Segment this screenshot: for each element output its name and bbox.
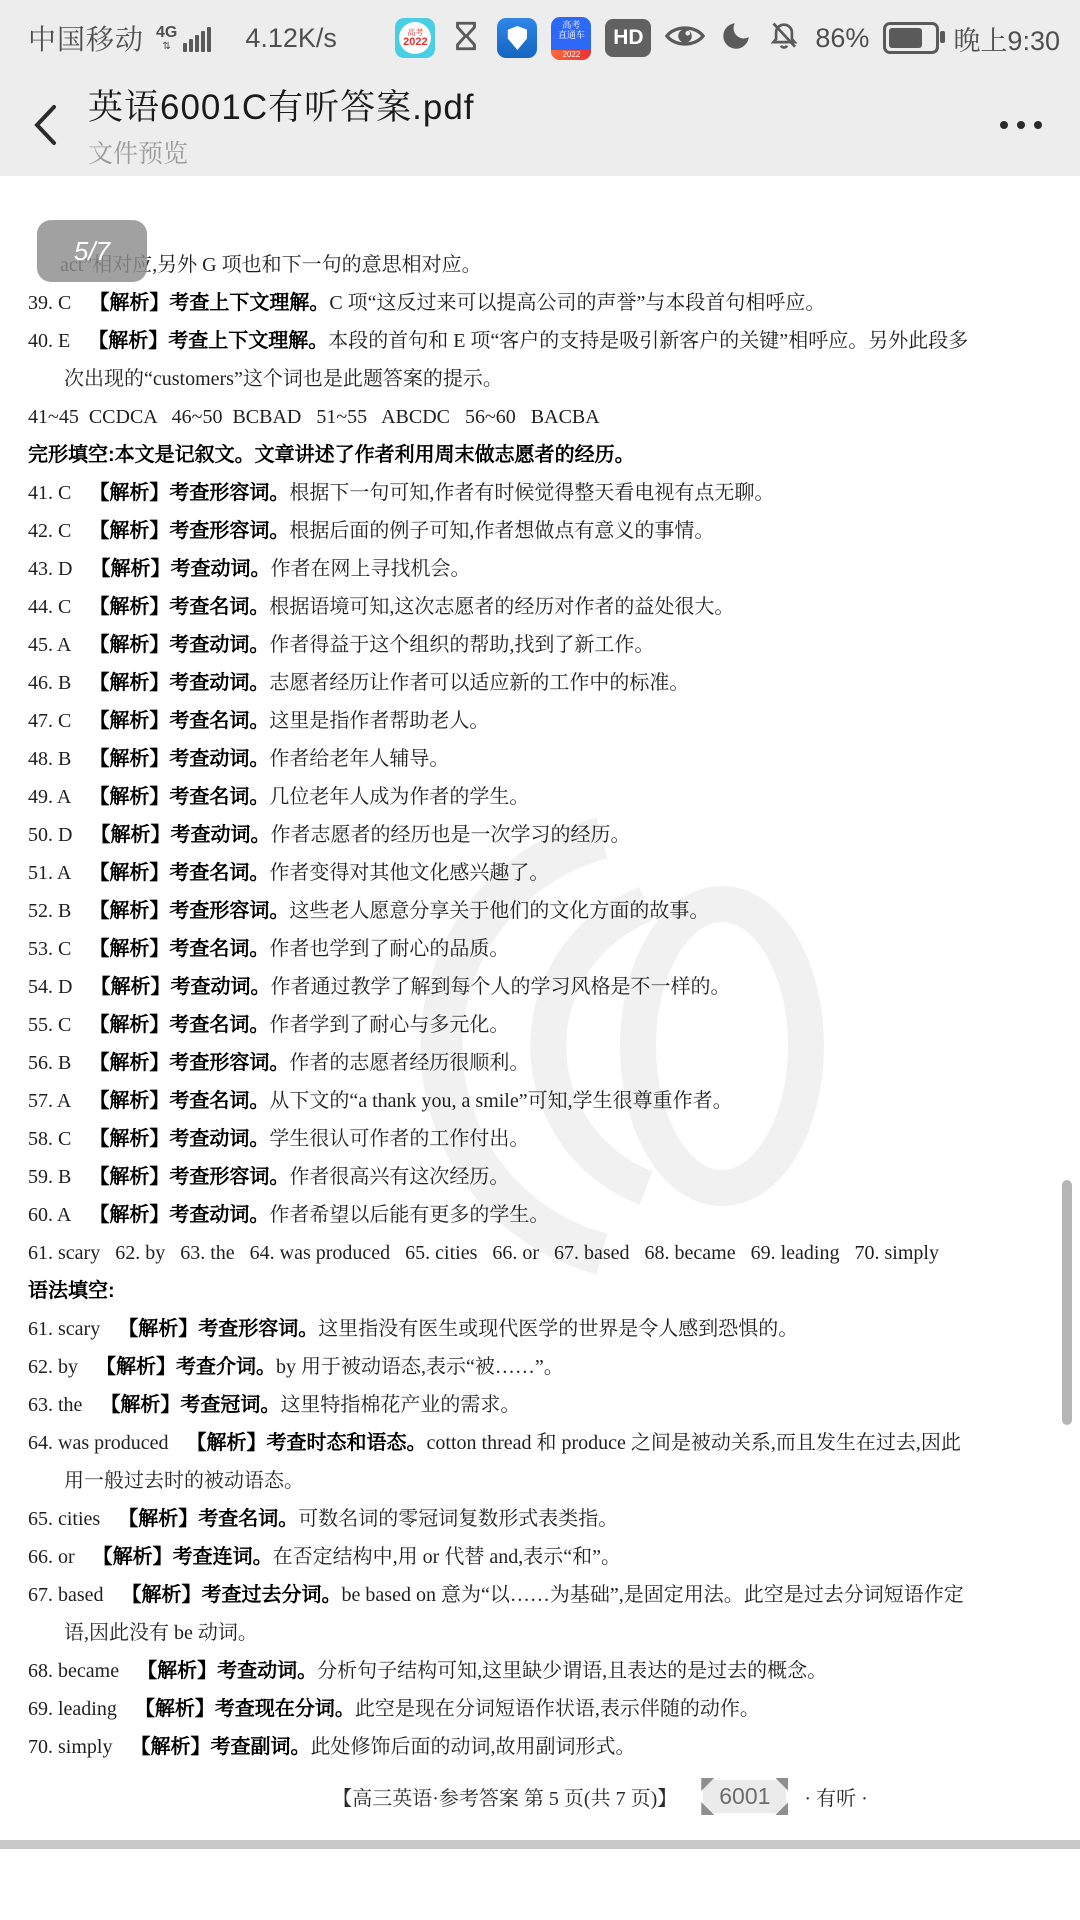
network-badge: 4G <box>156 25 177 41</box>
pdf-line: 57. A【解析】考查名词。从下文的“a thank you, a smile”… <box>0 1082 1080 1120</box>
pdf-line: 69. leading【解析】考查现在分词。此空是现在分词短语作状语,表示伴随的… <box>0 1690 1080 1728</box>
pdf-line: 50. D【解析】考查动词。作者志愿者的经历也是一次学习的经历。 <box>0 816 1080 854</box>
shield-icon <box>505 25 529 51</box>
gaokao-year: 2022 <box>551 50 591 60</box>
security-shield-app-icon <box>497 18 537 58</box>
updown-arrow-icon: ⇅ <box>162 42 170 52</box>
pdf-line: 40. E【解析】考查上下文理解。本段的首句和 E 项“客户的支持是吸引新客户的… <box>0 322 1080 360</box>
gaokao-express-app-icon: 高考 直通车 2022 <box>551 17 591 60</box>
status-bar: 中国移动 4G⇅ 4.12K/s 高考 2022 高考 直通 <box>0 0 1080 70</box>
pdf-line: 41~45 CCDCA 46~50 BCBAD 51~55 ABCDC 56~6… <box>0 398 1080 436</box>
pdf-line: 54. D【解析】考查动词。作者通过教学了解到每个人的学习风格是不一样的。 <box>0 968 1080 1006</box>
pdf-line: 62. by【解析】考查介词。by 用于被动语态,表示“被……”。 <box>0 1348 1080 1386</box>
signal-4g-icon: 4G⇅ <box>156 25 211 52</box>
pdf-line: 67. based【解析】考查过去分词。be based on 意为“以……为基… <box>0 1576 1080 1614</box>
network-speed: 4.12K/s <box>245 23 337 54</box>
pdf-line: 用一般过去时的被动语态。 <box>0 1462 1080 1500</box>
next-page-preview <box>0 1849 1080 1920</box>
pdf-line: 66. or【解析】考查连词。在否定结构中,用 or 代替 and,表示“和”。 <box>0 1538 1080 1576</box>
pdf-line: act”相对应,另外 G 项也和下一句的意思相对应。 <box>0 246 1080 284</box>
pdf-line: 70. simply【解析】考查副词。此处修饰后面的动词,故用副词形式。 <box>0 1728 1080 1766</box>
pdf-line: 58. C【解析】考查动词。学生很认可作者的工作付出。 <box>0 1120 1080 1158</box>
back-button[interactable] <box>30 95 74 155</box>
eye-protection-icon <box>665 23 705 54</box>
pdf-line: 46. B【解析】考查动词。志愿者经历让作者可以适应新的工作中的标准。 <box>0 664 1080 702</box>
pdf-line: 64. was produced【解析】考查时态和语态。cotton threa… <box>0 1424 1080 1462</box>
pdf-line: 53. C【解析】考查名词。作者也学到了耐心的品质。 <box>0 930 1080 968</box>
phone-top: 中国移动 4G⇅ 4.12K/s 高考 2022 高考 直通 <box>0 0 1080 176</box>
header: 英语6001C有听答案.pdf 文件预览 <box>0 70 1080 180</box>
pdf-footer: 【高三英语·参考答案 第 5 页(共 7 页)】 6001 · 有听 · <box>60 1780 1080 1813</box>
pdf-line: 语,因此没有 be 动词。 <box>0 1614 1080 1652</box>
pdf-line: 45. A【解析】考查动词。作者得益于这个组织的帮助,找到了新工作。 <box>0 626 1080 664</box>
paper-code: 6001 <box>719 1783 770 1809</box>
pdf-line: 43. D【解析】考查动词。作者在网上寻找机会。 <box>0 550 1080 588</box>
pdf-line: 语法填空: <box>0 1272 1080 1310</box>
scrollbar-thumb[interactable] <box>1062 1180 1072 1425</box>
countdown-2022-app-icon: 高考 2022 <box>395 18 435 58</box>
pdf-line: 41. C【解析】考查形容词。根据下一句可知,作者有时候觉得整天看电视有点无聊。 <box>0 474 1080 512</box>
pdf-line: 59. B【解析】考查形容词。作者很高兴有这次经历。 <box>0 1158 1080 1196</box>
pdf-line: 61. scary【解析】考查形容词。这里指没有医生或现代医学的世界是令人感到恐… <box>0 1310 1080 1348</box>
battery-icon <box>883 22 939 54</box>
clock-label: 晚上9:30 <box>953 19 1060 58</box>
page-badge: 5/7 <box>37 220 147 282</box>
page-separator <box>0 1840 1080 1849</box>
pdf-line: 次出现的“customers”这个词也是此题答案的提示。 <box>0 360 1080 398</box>
pdf-line: 61. scary 62. by 63. the 64. was produce… <box>0 1234 1080 1272</box>
footer-left: 【高三英语·参考答案 第 5 页(共 7 页)】 <box>332 1782 677 1811</box>
file-preview-label: 文件预览 <box>88 134 475 170</box>
pdf-line: 55. C【解析】考查名词。作者学到了耐心与多元化。 <box>0 1006 1080 1044</box>
more-options-button[interactable] <box>994 101 1048 149</box>
countdown-year: 2022 <box>403 37 427 48</box>
chevron-left-icon <box>30 102 60 148</box>
gaokao-line2: 直通车 <box>558 30 585 40</box>
hd-icon: HD <box>605 19 651 57</box>
pdf-line: 68. became【解析】考查动词。分析句子结构可知,这里缺少谓语,且表达的是… <box>0 1652 1080 1690</box>
battery-percent: 86% <box>815 23 869 54</box>
pdf-line: 63. the【解析】考查冠词。这里特指棉花产业的需求。 <box>0 1386 1080 1424</box>
pdf-line: 47. C【解析】考查名词。这里是指作者帮助老人。 <box>0 702 1080 740</box>
pdf-line: 44. C【解析】考查名词。根据语境可知,这次志愿者的经历对作者的益处很大。 <box>0 588 1080 626</box>
gaokao-line1: 高考 <box>562 20 580 30</box>
carrier-label: 中国移动 <box>28 18 144 58</box>
pdf-line: 49. A【解析】考查名词。几位老年人成为作者的学生。 <box>0 778 1080 816</box>
pdf-line: 56. B【解析】考查形容词。作者的志愿者经历很顺利。 <box>0 1044 1080 1082</box>
pdf-page[interactable]: 5/7 act”相对应,另外 G 项也和下一句的意思相对应。39. C【解析】考… <box>0 176 1080 1840</box>
pdf-line: 48. B【解析】考查动词。作者给老年人辅导。 <box>0 740 1080 778</box>
signal-bars-icon <box>183 26 211 52</box>
footer-right: · 有听 · <box>804 1782 867 1811</box>
night-mode-icon <box>719 19 753 58</box>
paper-code-badge: 6001 <box>703 1780 786 1813</box>
pdf-line: 完形填空:本文是记叙文。文章讲述了作者利用周末做志愿者的经历。 <box>0 436 1080 474</box>
pdf-line: 51. A【解析】考查名词。作者变得对其他文化感兴趣了。 <box>0 854 1080 892</box>
pdf-line: 65. cities【解析】考查名词。可数名词的零冠词复数形式表类指。 <box>0 1500 1080 1538</box>
mute-icon <box>767 18 801 59</box>
pdf-line: 42. C【解析】考查形容词。根据后面的例子可知,作者想做点有意义的事情。 <box>0 512 1080 550</box>
pdf-text: act”相对应,另外 G 项也和下一句的意思相对应。39. C【解析】考查上下文… <box>0 246 1080 1766</box>
pdf-line: 39. C【解析】考查上下文理解。C 项“这反过来可以提高公司的声誉”与本段首句… <box>0 284 1080 322</box>
pdf-line: 60. A【解析】考查动词。作者希望以后能有更多的学生。 <box>0 1196 1080 1234</box>
file-title: 英语6001C有听答案.pdf <box>88 80 475 130</box>
hourglass-icon <box>449 18 483 59</box>
pdf-line: 52. B【解析】考查形容词。这些老人愿意分享关于他们的文化方面的故事。 <box>0 892 1080 930</box>
